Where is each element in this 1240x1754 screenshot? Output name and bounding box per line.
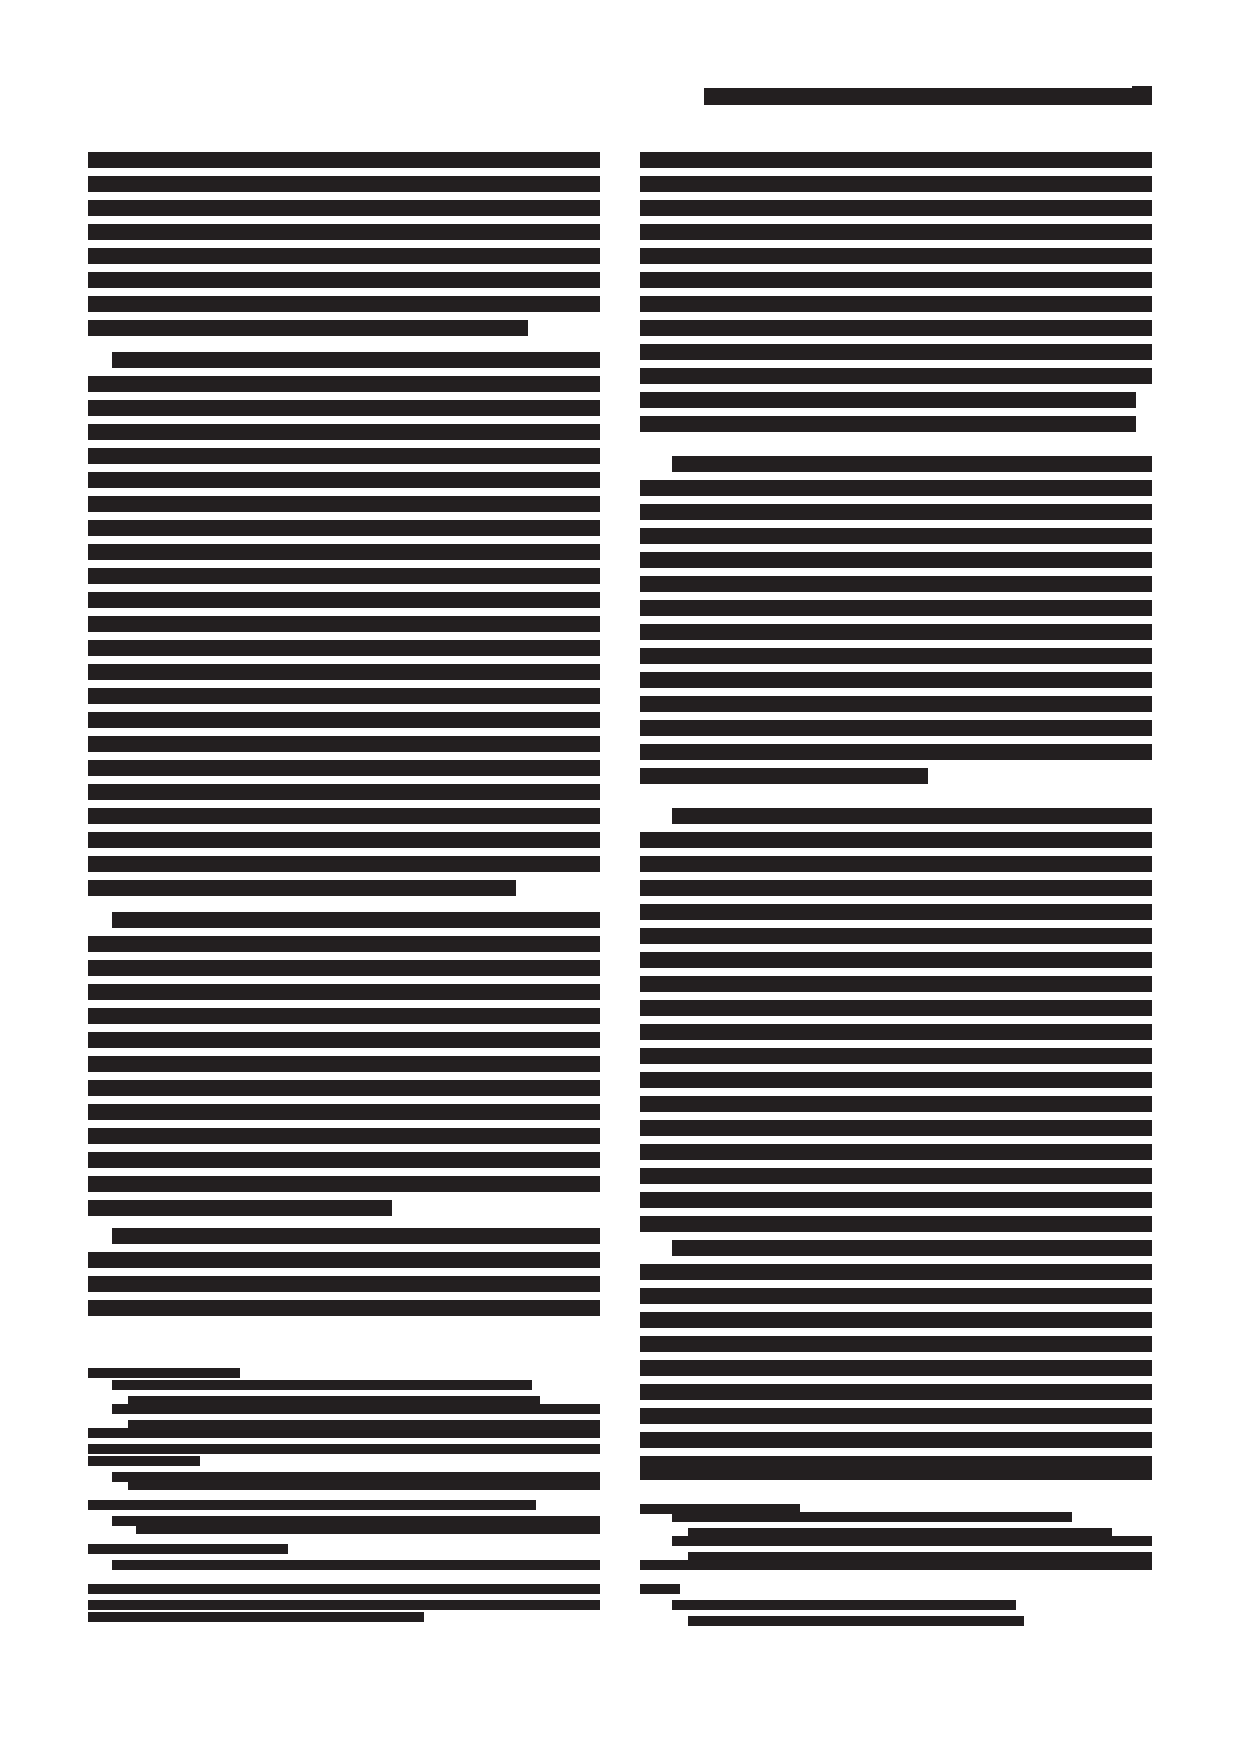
redacted-text-line: [640, 856, 1152, 872]
redacted-text-line: [640, 224, 1152, 240]
redacted-text-line: [88, 736, 600, 752]
redacted-text-line: [112, 912, 600, 928]
redacted-text-line: [640, 624, 1152, 640]
redacted-text-line: [88, 400, 600, 416]
redacted-text-line: [640, 1168, 1152, 1184]
redacted-text-line: [88, 760, 600, 776]
redacted-footnote-line: [672, 1600, 1016, 1610]
redacted-text-line: [640, 1408, 1152, 1424]
redacted-text-line: [640, 672, 1152, 688]
redacted-text-line: [640, 528, 1152, 544]
redacted-footnote-line: [112, 1404, 600, 1414]
redacted-footnote-line: [672, 1536, 1152, 1546]
redacted-text-line: [640, 720, 1152, 736]
redacted-text-line: [640, 976, 1152, 992]
redacted-text-line: [88, 224, 600, 240]
redacted-text-line: [88, 936, 600, 952]
redacted-text-line: [640, 1432, 1152, 1448]
redacted-text-line: [672, 456, 1152, 472]
redacted-text-line: [88, 152, 600, 168]
redacted-text-line: [112, 1228, 600, 1244]
redacted-text-line: [640, 832, 1152, 848]
redacted-footnote-line: [688, 1616, 1024, 1626]
redacted-text-line: [88, 248, 600, 264]
redacted-text-line: [88, 320, 528, 336]
redacted-text-line: [640, 1312, 1152, 1328]
redacted-text-line: [88, 520, 600, 536]
redacted-footnote-line: [112, 1560, 600, 1570]
redacted-text-line: [88, 1056, 600, 1072]
redacted-text-line: [88, 1300, 600, 1316]
redacted-footnote-line: [88, 1584, 600, 1594]
redacted-text-line: [640, 1192, 1152, 1208]
redacted-text-line: [640, 504, 1152, 520]
redacted-text-line: [640, 952, 1152, 968]
redacted-text-line: [640, 368, 1152, 384]
redacted-footnote-line: [640, 1560, 1152, 1570]
redacted-footnote-line: [88, 1428, 600, 1438]
redacted-text-line: [640, 200, 1152, 216]
redacted-text-line: [88, 984, 600, 1000]
redacted-footnote-line: [88, 1544, 288, 1554]
redacted-text-line: [640, 296, 1152, 312]
redacted-text-line: [640, 1336, 1152, 1352]
redacted-text-line: [640, 904, 1152, 920]
redacted-text-line: [640, 1216, 1152, 1232]
redacted-text-line: [88, 712, 600, 728]
redacted-text-line: [88, 296, 600, 312]
redacted-text-line: [640, 416, 1136, 432]
redacted-text-line: [640, 648, 1152, 664]
redacted-text-line: [640, 480, 1152, 496]
redacted-footnote-line: [88, 1612, 424, 1622]
redacted-text-line: [640, 768, 928, 784]
redacted-footnote-line: [136, 1524, 600, 1534]
redacted-text-line: [640, 1120, 1152, 1136]
redacted-footnote-line: [88, 1368, 240, 1378]
redacted-text-line: [672, 808, 1152, 824]
redacted-text-line: [112, 352, 600, 368]
redacted-text-line: [88, 272, 600, 288]
redacted-text-line: [640, 1288, 1152, 1304]
redacted-text-line: [88, 1008, 600, 1024]
redacted-text-line: [88, 1032, 600, 1048]
redacted-text-line: [88, 496, 600, 512]
redacted-text-line: [640, 1384, 1152, 1400]
redacted-text-line: [88, 1200, 392, 1216]
redacted-text-line: [88, 856, 600, 872]
redacted-text-line: [88, 472, 600, 488]
redacted-text-line: [88, 1080, 600, 1096]
redacted-text-line: [640, 1000, 1152, 1016]
redacted-text-line: [88, 880, 516, 896]
redacted-footnote-line: [88, 1444, 600, 1454]
redacted-text-line: [640, 1360, 1152, 1376]
redacted-text-line: [640, 176, 1152, 192]
redacted-text-line: [88, 376, 600, 392]
page-number: [1132, 86, 1152, 105]
redacted-text-line: [88, 960, 600, 976]
redacted-footnote-line: [88, 1500, 536, 1510]
redacted-text-line: [88, 664, 600, 680]
redacted-text-line: [640, 552, 1152, 568]
redacted-text-line: [640, 928, 1152, 944]
redacted-footnote-line: [112, 1380, 532, 1390]
redacted-text-line: [640, 880, 1152, 896]
redacted-text-line: [640, 152, 1152, 168]
redacted-text-line: [88, 640, 600, 656]
redacted-text-line: [88, 200, 600, 216]
running-header: [704, 88, 1152, 105]
redacted-text-line: [88, 568, 600, 584]
redacted-text-line: [640, 1144, 1152, 1160]
redacted-text-line: [88, 176, 600, 192]
redacted-text-line: [640, 248, 1152, 264]
redacted-text-line: [640, 1096, 1152, 1112]
redacted-text-line: [640, 744, 1152, 760]
redacted-text-line: [640, 600, 1152, 616]
redacted-text-line: [640, 576, 1152, 592]
redacted-text-line: [640, 696, 1152, 712]
redacted-footnote-line: [672, 1512, 1072, 1522]
redacted-text-line: [640, 320, 1152, 336]
redacted-text-line: [640, 344, 1152, 360]
redacted-text-line: [88, 784, 600, 800]
redacted-text-line: [88, 544, 600, 560]
redacted-text-line: [88, 832, 600, 848]
redacted-text-line: [88, 424, 600, 440]
redacted-text-line: [88, 1152, 600, 1168]
redacted-text-line: [88, 448, 600, 464]
redacted-footnote-line: [640, 1584, 680, 1594]
redacted-text-line: [672, 1240, 1152, 1256]
redacted-text-line: [640, 1072, 1152, 1088]
redacted-text-line: [640, 1024, 1152, 1040]
redacted-text-line: [88, 1252, 600, 1268]
redacted-text-line: [88, 808, 600, 824]
redacted-text-line: [88, 592, 600, 608]
redacted-text-line: [88, 1276, 600, 1292]
redacted-text-line: [640, 272, 1152, 288]
redacted-footnote-line: [88, 1600, 600, 1610]
redacted-text-line: [640, 1464, 1152, 1480]
redacted-text-line: [88, 1128, 600, 1144]
redacted-text-line: [88, 616, 600, 632]
redacted-text-line: [88, 1104, 600, 1120]
redacted-text-line: [640, 1264, 1152, 1280]
redacted-text-line: [88, 688, 600, 704]
redacted-text-line: [640, 392, 1136, 408]
redacted-footnote-line: [88, 1456, 200, 1466]
redacted-text-line: [640, 1048, 1152, 1064]
redacted-text-line: [88, 1176, 600, 1192]
redacted-footnote-line: [128, 1480, 600, 1490]
